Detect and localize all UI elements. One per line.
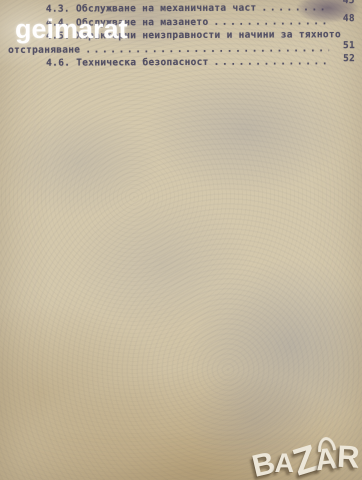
seller-watermark: geimarat (15, 16, 128, 43)
scanned-page: 4.3. Обслужване на механичната част ....… (0, 0, 362, 480)
page-number: 48 (329, 13, 355, 24)
page-number: 51 (329, 40, 355, 51)
logo-letter: A (314, 445, 339, 474)
page-number: 45 (329, 0, 355, 6)
dot-leader: ........................................… (214, 56, 330, 68)
bag-handle-icon (316, 436, 336, 452)
dot-leader: ........................................… (213, 16, 329, 28)
toc-entry-label: отстраняване (8, 44, 80, 55)
bazar-logo: B A Z A R (251, 436, 361, 479)
toc-row: 4.6. Техническа безопасност ............… (8, 56, 355, 71)
dot-leader: ........................................… (85, 43, 329, 55)
toc-entry-label: 4.3. Обслужване на механичната част (46, 3, 257, 15)
dot-leader: ........................................… (262, 2, 329, 13)
toc-entry-label: 4.6. Техническа безопасност (46, 57, 209, 69)
page-number: 52 (329, 53, 355, 64)
logo-letter: B (249, 449, 277, 480)
logo-letter: R (336, 443, 360, 472)
